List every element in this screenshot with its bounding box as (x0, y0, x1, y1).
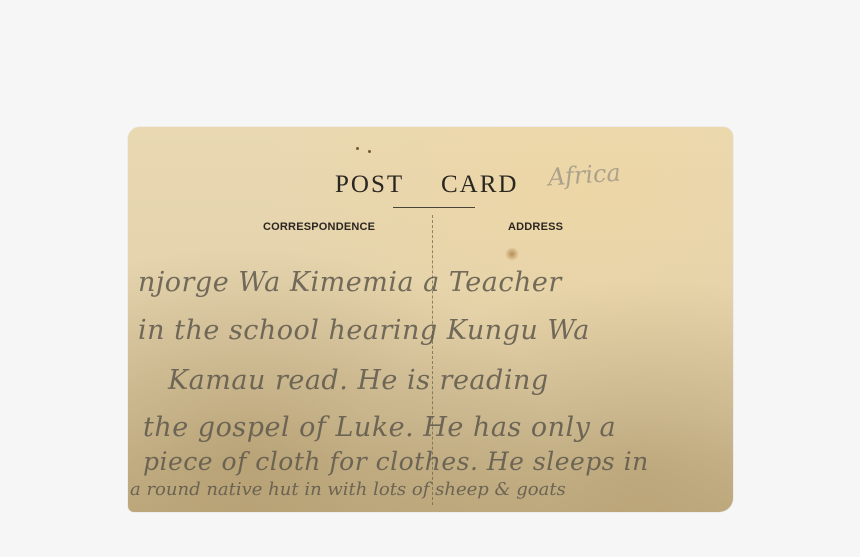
foxing-dot (368, 150, 371, 153)
handwriting-line-3: Kamau read. He is reading (168, 365, 549, 396)
postcard: POST CARD Africa CORRESPONDENCE ADDRESS … (128, 127, 733, 512)
handwriting-line-4: the gospel of Luke. He has only a (143, 412, 616, 443)
handwriting-line-6: a round native hut in with lots of sheep… (130, 479, 566, 500)
handwriting-line-5: piece of cloth for clothes. He sleeps in (143, 447, 649, 476)
address-label: ADDRESS (508, 221, 563, 233)
handwriting-line-1: njorge Wa Kimemia a Teacher (138, 267, 562, 298)
handwriting-line-2: in the school hearing Kungu Wa (138, 315, 590, 346)
pencil-annotation: Africa (547, 158, 621, 191)
foxing-dot (356, 147, 359, 150)
title-underline (393, 207, 475, 208)
title-word-post: POST (335, 171, 404, 199)
foxing-stain (505, 247, 519, 261)
title-word-card: CARD (441, 171, 518, 199)
correspondence-label: CORRESPONDENCE (263, 221, 375, 233)
